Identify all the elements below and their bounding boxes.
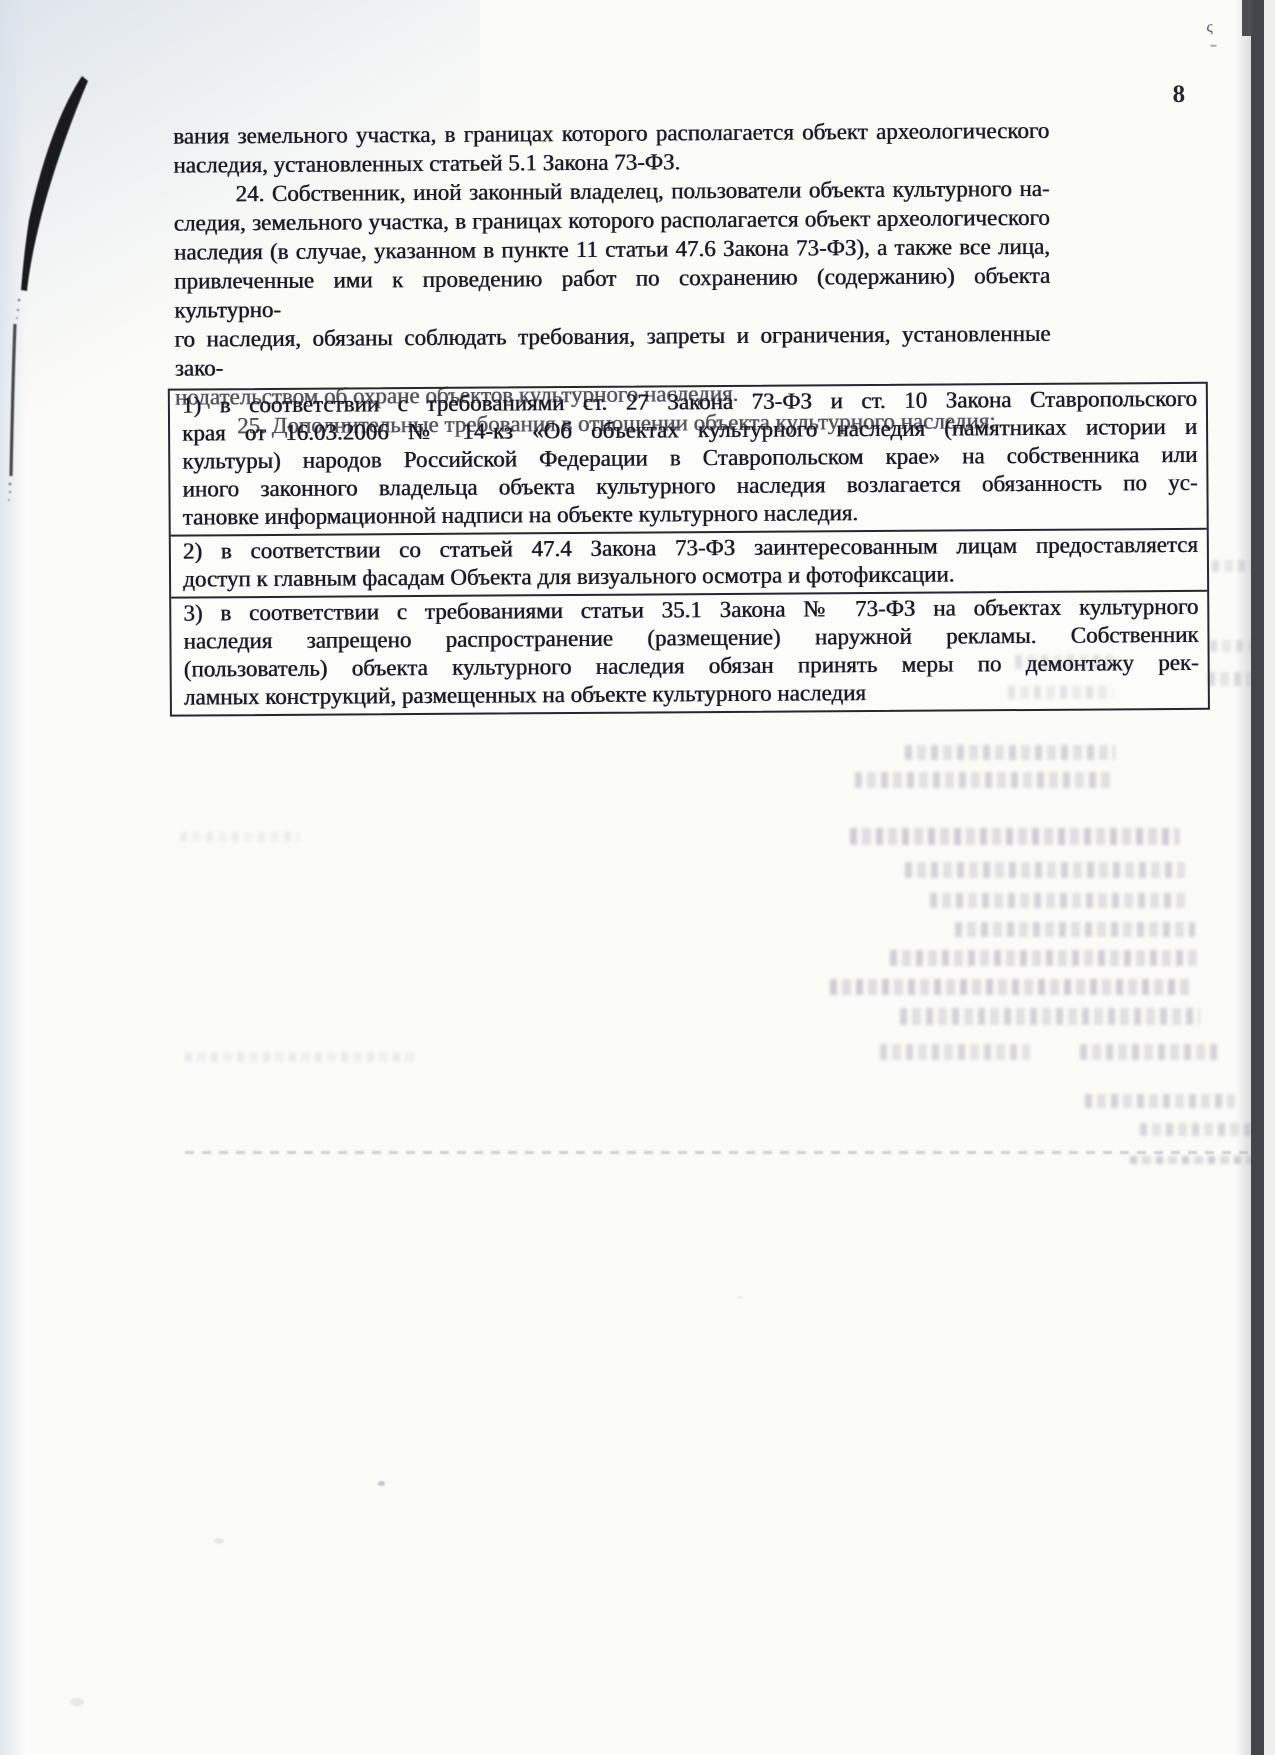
corner-pen-dash bbox=[1211, 45, 1217, 47]
paragraph: вания земельного участка, в границах кот… bbox=[173, 116, 1049, 180]
corner-pen-mark: ς bbox=[1206, 19, 1212, 37]
text-line: ламных конструкций, размещенных на объек… bbox=[184, 677, 1199, 712]
text-line: тановке информационной надписи на объект… bbox=[183, 497, 1198, 532]
scanner-edge-right-strip bbox=[1264, 0, 1275, 1755]
scanner-edge-band-step bbox=[1242, 0, 1252, 36]
paragraph: 24. Собственник, иной законный владелец,… bbox=[173, 174, 1051, 412]
scanner-edge-band bbox=[1251, 0, 1264, 1755]
scanner-edge-shade bbox=[1236, 0, 1251, 1755]
requirements-table-row: 3) в соответствии с требованиями статьи … bbox=[171, 590, 1208, 715]
text-line: привлеченные ими к проведению работ по с… bbox=[174, 261, 1050, 325]
document-content: ς 8 вания земельного участка, в границах… bbox=[0, 0, 1275, 1755]
requirements-table-row: 1) в соответствии с требованиями ст. 27 … bbox=[170, 384, 1207, 535]
page-number: 8 bbox=[1164, 81, 1194, 109]
requirements-table-row: 2) в соответствии со статьей 47.4 Закона… bbox=[171, 528, 1207, 597]
text-line: го наследия, обязаны соблюдать требовани… bbox=[174, 319, 1050, 383]
requirements-table: 1) в соответствии с требованиями ст. 27 … bbox=[168, 382, 1210, 717]
scanned-document-page: ς 8 вания земельного участка, в границах… bbox=[0, 0, 1275, 1755]
text-line: вания земельного участка, в границах кот… bbox=[173, 116, 1049, 151]
scan-streak-artifacts bbox=[0, 0, 120, 520]
text-line: доступ к главным фасадам Объекта для виз… bbox=[183, 559, 1198, 594]
